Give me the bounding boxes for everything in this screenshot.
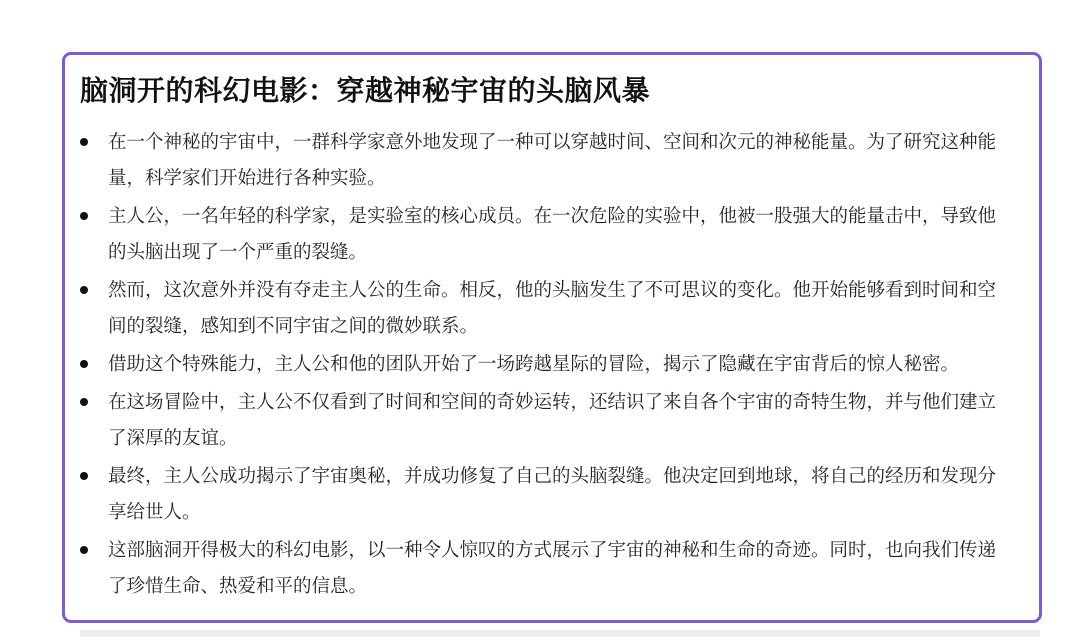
bullet-icon	[80, 286, 88, 294]
bullet-icon	[80, 398, 88, 406]
list-item-text: 然而，这次意外并没有夺走主人公的生命。相反，他的头脑发生了不可思议的变化。他开始…	[108, 280, 996, 337]
list-item: 最终，主人公成功揭示了宇宙奥秘，并成功修复了自己的头脑裂缝。他决定回到地球，将自…	[65, 459, 1025, 531]
bullet-icon	[80, 546, 88, 554]
bullet-icon	[80, 212, 88, 220]
list-item: 这部脑洞开得极大的科幻电影，以一种令人惊叹的方式展示了宇宙的神秘和生命的奇迹。同…	[65, 533, 1025, 605]
bullet-icon	[80, 472, 88, 480]
bullet-icon	[80, 360, 88, 368]
list-item-text: 主人公，一名年轻的科学家，是实验室的核心成员。在一次危险的实验中，他被一股强大的…	[108, 206, 996, 263]
list-item-text: 在这场冒险中，主人公不仅看到了时间和空间的奇妙运转，还结识了来自各个宇宙的奇特生…	[108, 392, 996, 449]
list-item: 在一个神秘的宇宙中，一群科学家意外地发现了一种可以穿越时间、空间和次元的神秘能量…	[65, 125, 1025, 197]
content-card: 脑洞开的科幻电影：穿越神秘宇宙的头脑风暴 在一个神秘的宇宙中，一群科学家意外地发…	[62, 52, 1042, 623]
list-item-text: 这部脑洞开得极大的科幻电影，以一种令人惊叹的方式展示了宇宙的神秘和生命的奇迹。同…	[108, 540, 996, 597]
list-item: 然而，这次意外并没有夺走主人公的生命。相反，他的头脑发生了不可思议的变化。他开始…	[65, 273, 1025, 345]
list-item: 借助这个特殊能力，主人公和他的团队开始了一场跨越星际的冒险，揭示了隐藏在宇宙背后…	[65, 347, 1025, 383]
list-item-text: 在一个神秘的宇宙中，一群科学家意外地发现了一种可以穿越时间、空间和次元的神秘能量…	[108, 132, 996, 189]
list-item-text: 借助这个特殊能力，主人公和他的团队开始了一场跨越星际的冒险，揭示了隐藏在宇宙背后…	[108, 354, 959, 375]
bullet-list: 在一个神秘的宇宙中，一群科学家意外地发现了一种可以穿越时间、空间和次元的神秘能量…	[65, 125, 1025, 607]
bullet-icon	[80, 138, 88, 146]
document-title: 脑洞开的科幻电影：穿越神秘宇宙的头脑风暴	[80, 69, 650, 109]
list-item: 主人公，一名年轻的科学家，是实验室的核心成员。在一次危险的实验中，他被一股强大的…	[65, 199, 1025, 271]
bottom-edge-bar	[80, 630, 1040, 637]
list-item: 在这场冒险中，主人公不仅看到了时间和空间的奇妙运转，还结识了来自各个宇宙的奇特生…	[65, 385, 1025, 457]
list-item-text: 最终，主人公成功揭示了宇宙奥秘，并成功修复了自己的头脑裂缝。他决定回到地球，将自…	[108, 466, 996, 523]
